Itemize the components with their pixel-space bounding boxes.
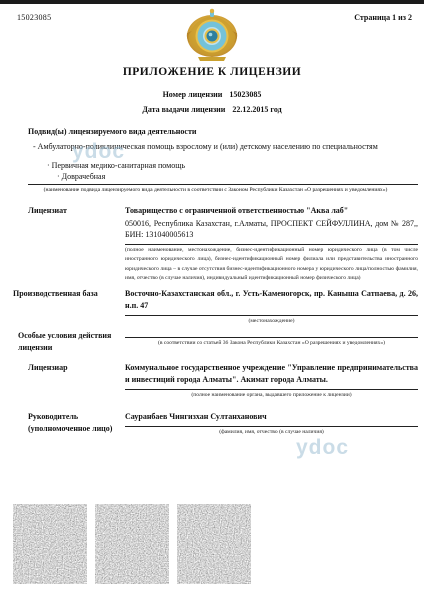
production-base-content: Восточно-Казахстанская обл., г. Усть-Кам… (125, 288, 418, 327)
divider-rule (125, 315, 418, 316)
divider-rule (125, 337, 418, 338)
page-indicator: Страница 1 из 2 (354, 13, 412, 22)
licensor-row: Лицензиар Коммунальное государственное у… (13, 362, 418, 401)
license-annex-page: 15023085 (0, 0, 424, 600)
special-conditions-caption: (в соответствии со статьей 36 Закона Рес… (125, 339, 418, 349)
subtype-item: · Первичная медико-санитарная помощь (47, 161, 418, 170)
license-number-line: Номер лицензии15023085 (0, 90, 424, 99)
qr-code-strip (13, 504, 251, 584)
qr-code-redacted-3 (177, 504, 251, 584)
licensor-label: Лицензиар (13, 362, 125, 401)
licensor-value: Коммунальное государственное учреждение … (125, 362, 418, 386)
issue-date-value: 22.12.2015 год (232, 105, 281, 114)
special-conditions-row: Особые условия действия лицензии (в соот… (13, 330, 418, 354)
licensee-address: 050016, Республика Казахстан, г.Алматы, … (125, 218, 418, 241)
special-conditions-content: (в соответствии со статьей 36 Закона Рес… (125, 330, 418, 354)
head-row: Руководитель (уполномоченное лицо) Саура… (13, 411, 418, 438)
qr-code-redacted-2 (95, 504, 169, 584)
issue-date-line: Дата выдачи лицензии22.12.2015 год (0, 105, 424, 114)
watermark: ydoc (296, 436, 349, 460)
head-caption: (фамилия, имя, отчество (в случае наличи… (125, 428, 418, 438)
divider-rule (125, 426, 418, 427)
licensor-content: Коммунальное государственное учреждение … (125, 362, 418, 401)
head-name: Сауранбаев Чингизхан Султанханович (125, 411, 418, 423)
production-base-value: Восточно-Казахстанская обл., г. Усть-Кам… (125, 288, 418, 312)
subtype-caption: (наименование подвида лицензируемого вид… (13, 186, 418, 195)
divider-rule (125, 389, 418, 390)
licensee-content: Товарищество с ограниченной ответственно… (125, 205, 418, 284)
document-body: Подвид(ы) лицензируемого вида деятельнос… (0, 127, 424, 437)
divider-rule (28, 184, 418, 185)
issue-date-label: Дата выдачи лицензии (142, 105, 225, 114)
head-label: Руководитель (уполномоченное лицо) (13, 411, 125, 438)
subtype-item: · Доврачебная (57, 172, 418, 181)
license-number-value: 15023085 (229, 90, 261, 99)
subtype-heading: Подвид(ы) лицензируемого вида деятельнос… (28, 127, 418, 136)
page-header: 15023085 (0, 4, 424, 62)
licensor-caption: (полное наименование органа, выдавшего п… (125, 391, 418, 401)
licensee-row: Лицензиат Товарищество с ограниченной от… (13, 205, 418, 284)
licensee-label: Лицензиат (13, 205, 125, 284)
qr-code-redacted-1 (13, 504, 87, 584)
license-number-label: Номер лицензии (163, 90, 223, 99)
licensee-caption: (полное наименование, местонахождение, б… (125, 246, 418, 284)
production-base-row: Производственная база Восточно-Казахстан… (13, 288, 418, 327)
production-base-caption: (местонахождение) (125, 317, 418, 327)
kazakhstan-emblem-icon (184, 7, 240, 70)
head-content: Сауранбаев Чингизхан Султанханович (фами… (125, 411, 418, 438)
special-conditions-label: Особые условия действия лицензии (13, 330, 125, 354)
subtype-item: - Амбулаторно-поликлиническая помощь взр… (33, 142, 418, 151)
document-number: 15023085 (17, 13, 51, 22)
licensee-name: Товарищество с ограниченной ответственно… (125, 205, 418, 217)
divider-rule (125, 244, 418, 245)
production-base-label: Производственная база (13, 288, 125, 327)
